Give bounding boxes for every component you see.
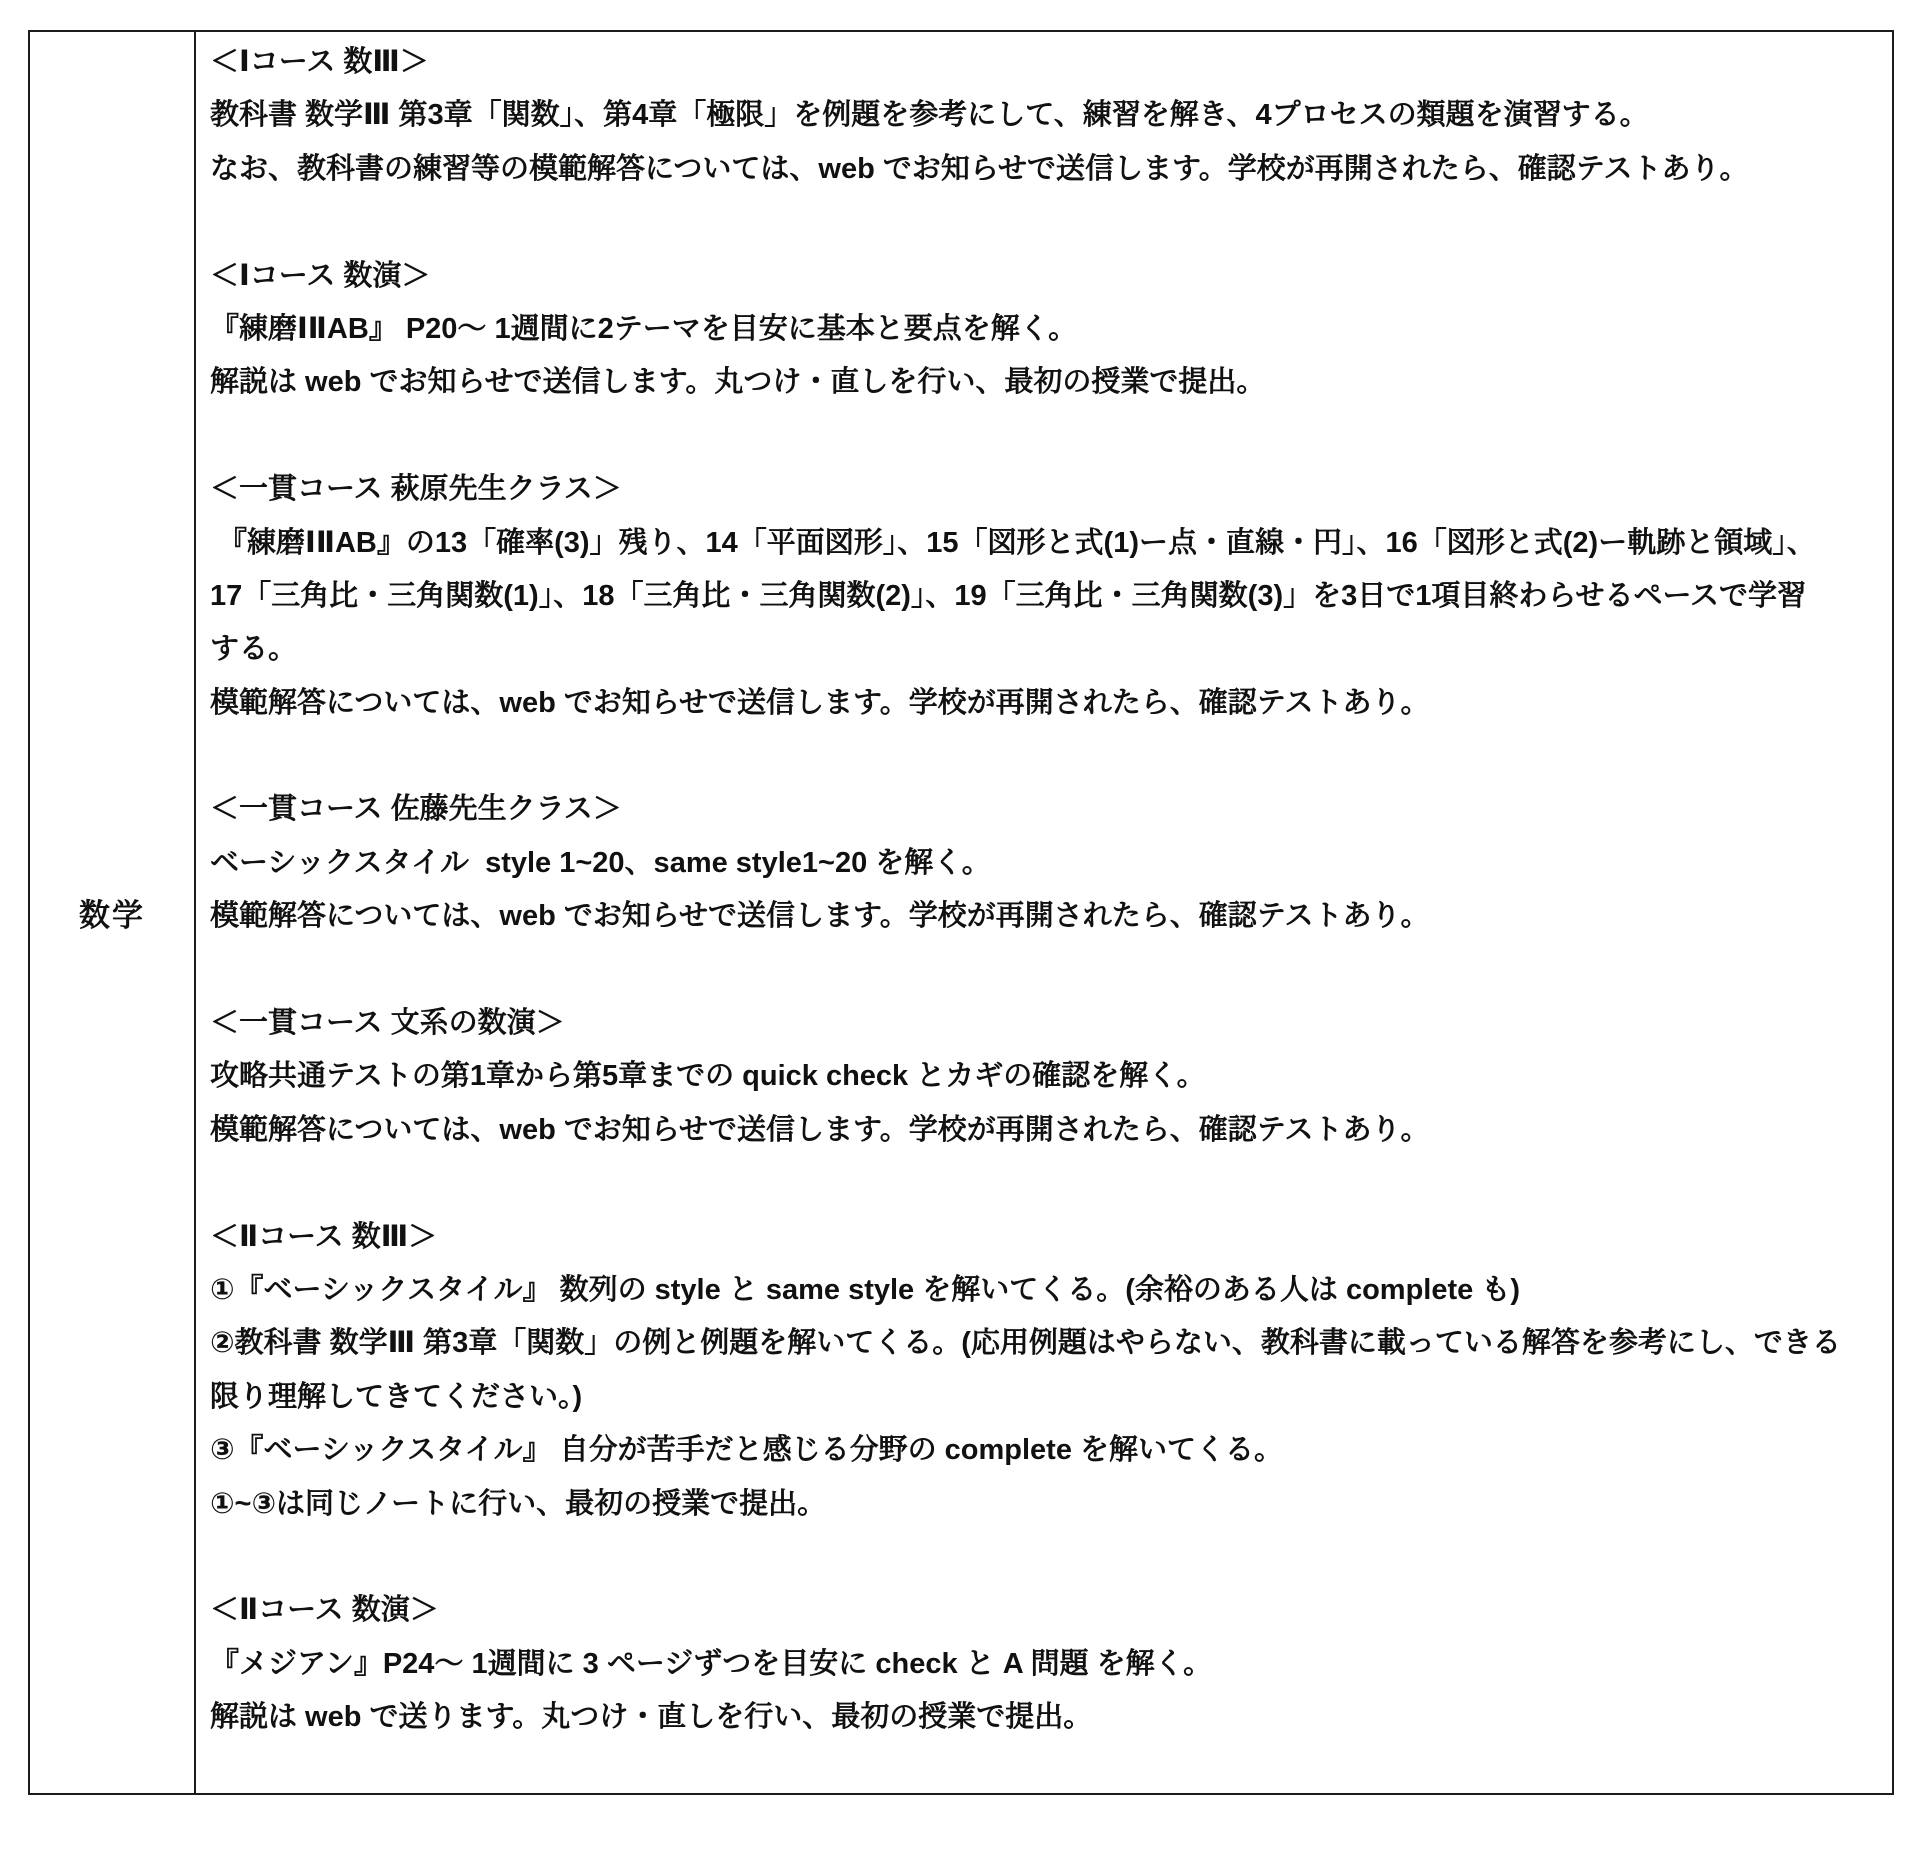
text-line: ①~③は同じノートに行い、最初の授業で提出。 — [210, 1478, 1876, 1531]
section-heading: ＜Ⅰコース 数演＞ — [210, 250, 1876, 303]
blank-line — [210, 1531, 1876, 1584]
text-line: 模範解答については、web でお知らせで送信します。学校が再開されたら、確認テス… — [210, 1104, 1876, 1157]
text-line: 17「三角比・三角関数(1)」、18「三角比・三角関数(2)」、19「三角比・三… — [210, 570, 1876, 623]
section-heading: ＜Ⅱコース 数演＞ — [210, 1584, 1876, 1637]
section-heading: ＜一貫コース 文系の数演＞ — [210, 997, 1876, 1050]
text-line: 攻略共通テストの第1章から第5章までの quick check とカギの確認を解… — [210, 1050, 1876, 1103]
text-line: 限り理解してきてください。) — [210, 1371, 1876, 1424]
section-heading: ＜一貫コース 佐藤先生クラス＞ — [210, 783, 1876, 836]
blank-line — [210, 410, 1876, 463]
text-line: ①『ベーシックスタイル』 数列の style と same style を解いて… — [210, 1264, 1876, 1317]
text-line: 教科書 数学Ⅲ 第3章「関数」、第4章「極限」を例題を参考にして、練習を解き、4… — [210, 89, 1876, 142]
section-heading: ＜Ⅰコース 数Ⅲ＞ — [210, 36, 1876, 89]
text-line: 『練磨ⅠⅡAB』の13「確率(3)」残り、14「平面図形」、15「図形と式(1)… — [210, 517, 1876, 570]
content-lines: ＜Ⅰコース 数Ⅲ＞教科書 数学Ⅲ 第3章「関数」、第4章「極限」を例題を参考にし… — [210, 36, 1876, 1745]
blank-line — [210, 1157, 1876, 1210]
section-heading: ＜Ⅱコース 数Ⅲ＞ — [210, 1211, 1876, 1264]
blank-line — [210, 196, 1876, 249]
text-line: ③『ベーシックスタイル』 自分が苦手だと感じる分野の complete を解いて… — [210, 1424, 1876, 1477]
text-line: 模範解答については、web でお知らせで送信します。学校が再開されたら、確認テス… — [210, 890, 1876, 943]
text-line: 模範解答については、web でお知らせで送信します。学校が再開されたら、確認テス… — [210, 677, 1876, 730]
text-line: 『メジアン』P24～ 1週間に 3 ページずつを目安に check と A 問題… — [210, 1638, 1876, 1691]
text-line: ②教科書 数学Ⅲ 第3章「関数」の例と例題を解いてくる。(応用例題はやらない、教… — [210, 1317, 1876, 1370]
homework-table: 数学 ＜Ⅰコース 数Ⅲ＞教科書 数学Ⅲ 第3章「関数」、第4章「極限」を例題を参… — [28, 30, 1894, 1795]
text-line: ベーシックスタイル style 1~20、same style1~20 を解く。 — [210, 837, 1876, 890]
text-line: 『練磨ⅠⅡAB』 P20～ 1週間に2テーマを目安に基本と要点を解く。 — [210, 303, 1876, 356]
subject-cell: 数学 — [30, 32, 196, 1793]
content-cell: ＜Ⅰコース 数Ⅲ＞教科書 数学Ⅲ 第3章「関数」、第4章「極限」を例題を参考にし… — [196, 32, 1892, 1793]
text-line: 解説は web で送ります。丸つけ・直しを行い、最初の授業で提出。 — [210, 1691, 1876, 1744]
text-line: 解説は web でお知らせで送信します。丸つけ・直しを行い、最初の授業で提出。 — [210, 356, 1876, 409]
blank-line — [210, 730, 1876, 783]
text-line: する。 — [210, 623, 1876, 676]
section-heading: ＜一貫コース 萩原先生クラス＞ — [210, 463, 1876, 516]
blank-line — [210, 944, 1876, 997]
subject-label: 数学 — [79, 890, 145, 935]
text-line: なお、教科書の練習等の模範解答については、web でお知らせで送信します。学校が… — [210, 143, 1876, 196]
document-page: 数学 ＜Ⅰコース 数Ⅲ＞教科書 数学Ⅲ 第3章「関数」、第4章「極限」を例題を参… — [0, 0, 1920, 1854]
